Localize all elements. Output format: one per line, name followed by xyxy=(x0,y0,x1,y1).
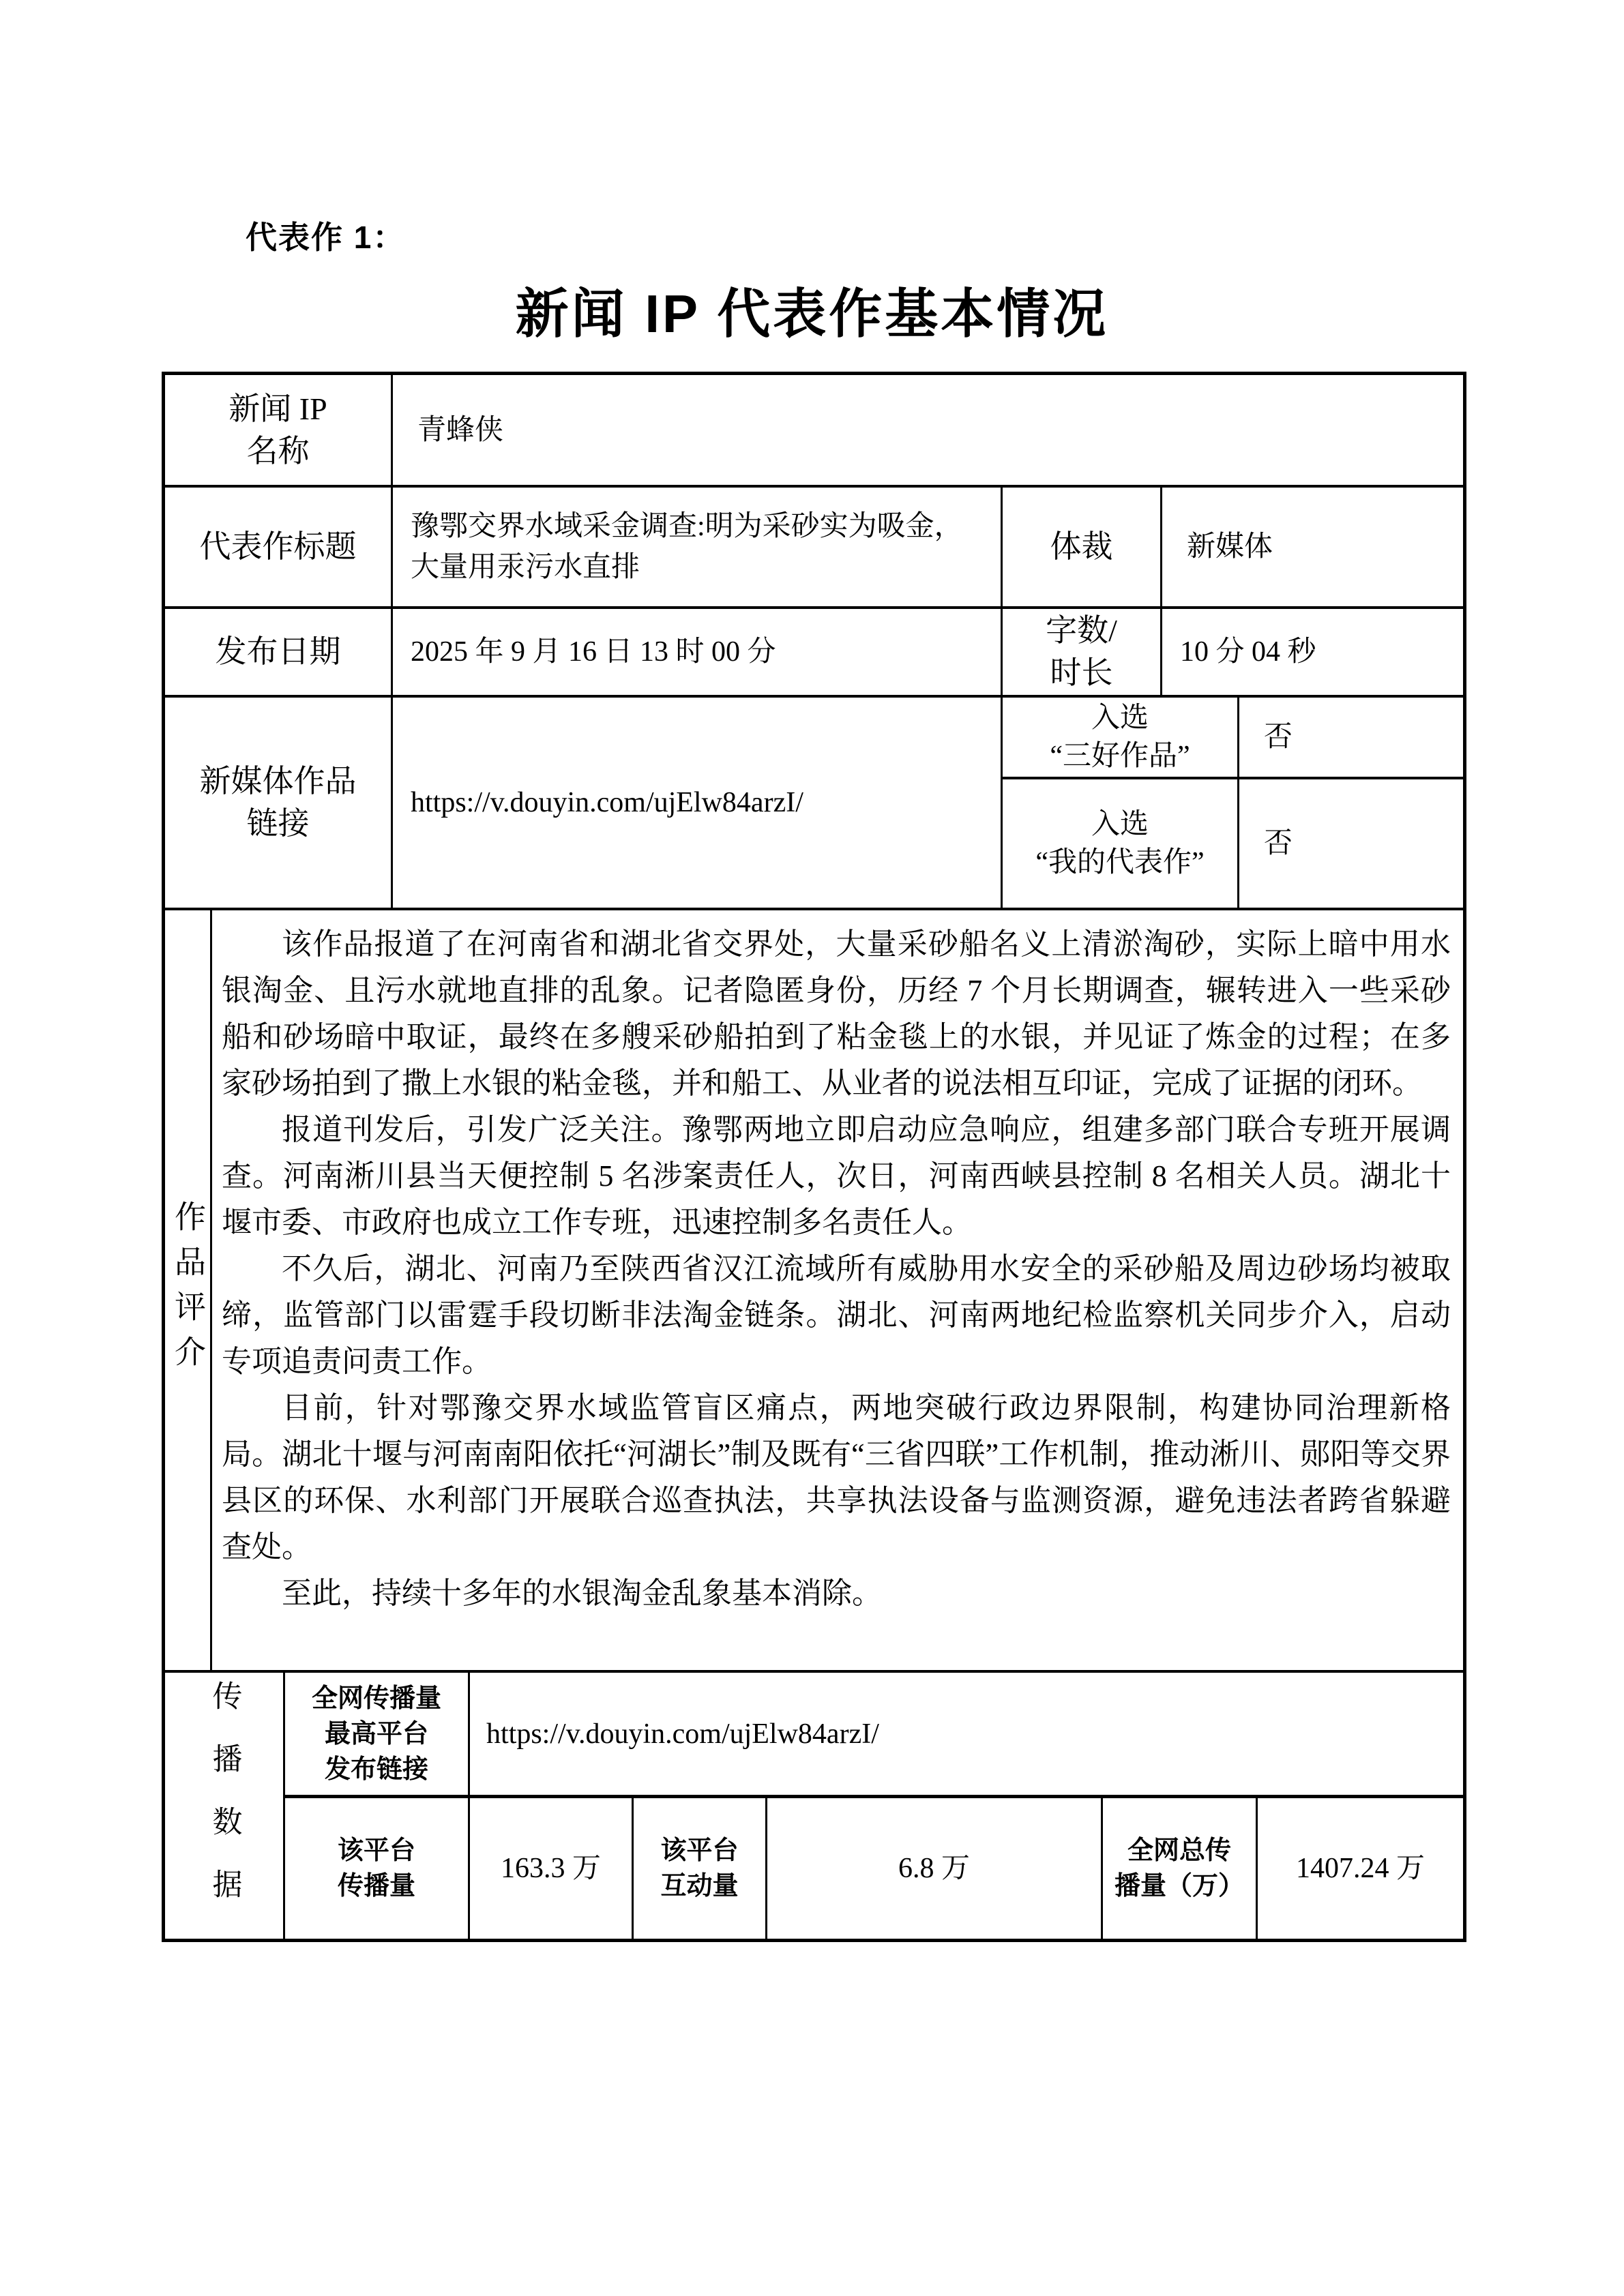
selection-masterpiece-row: 入选 “我的代表作” 否 xyxy=(1003,779,1463,908)
info-table: 新闻 IP 名称 青蜂侠 代表作标题 豫鄂交界水域采金调查:明为采砂实为吸金，大… xyxy=(162,372,1466,1942)
row-publish-date: 发布日期 2025 年 9 月 16 日 13 时 00 分 字数/ 时长 10… xyxy=(165,606,1463,695)
platform-interaction-value: 6.8 万 xyxy=(765,1798,1101,1939)
spread-block: 全网传播量 最高平台 发布链接 https://v.douyin.com/ujE… xyxy=(283,1673,1463,1939)
masterpiece-label: 入选 “我的代表作” xyxy=(1003,779,1237,908)
publish-date-label: 发布日期 xyxy=(165,609,391,695)
top-link-label: 全网传播量 最高平台 发布链接 xyxy=(285,1673,468,1795)
row-work-title: 代表作标题 豫鄂交界水域采金调查:明为采砂实为吸金，大量用汞污水直排 体裁 新媒… xyxy=(165,485,1463,606)
sanhao-value: 否 xyxy=(1237,698,1463,777)
ip-name-value: 青蜂侠 xyxy=(391,375,1463,485)
genre-label: 体裁 xyxy=(1001,488,1160,606)
document-page: 代表作 1： 新闻 IP 代表作基本情况 新闻 IP 名称 青蜂侠 代表作标题 … xyxy=(0,0,1624,2296)
spread-label: 传播数据 xyxy=(165,1673,283,1939)
publish-date-value: 2025 年 9 月 16 日 13 时 00 分 xyxy=(391,609,1001,695)
length-label: 字数/ 时长 xyxy=(1001,609,1160,695)
review-paragraph: 报道刊发后，引发广泛关注。豫鄂两地立即启动应急响应，组建多部门联合专班开展调查。… xyxy=(222,1107,1451,1246)
platform-spread-value: 163.3 万 xyxy=(468,1798,632,1939)
review-label: 作品评介 xyxy=(165,910,210,1670)
media-link-value: https://v.douyin.com/ujElw84arzI/ xyxy=(391,698,1001,908)
review-paragraph: 至此，持续十多年的水银淘金乱象基本消除。 xyxy=(222,1570,1451,1617)
media-link-label: 新媒体作品 链接 xyxy=(165,698,391,908)
doc-sequence-label: 代表作 1： xyxy=(246,213,405,258)
work-title-value: 豫鄂交界水域采金调查:明为采砂实为吸金，大量用汞污水直排 xyxy=(391,488,1001,606)
selection-block: 入选 “三好作品” 否 入选 “我的代表作” 否 xyxy=(1001,698,1463,908)
review-paragraph: 目前，针对鄂豫交界水域监管盲区痛点，两地突破行政边界限制，构建协同治理新格局。湖… xyxy=(222,1385,1451,1570)
masterpiece-value: 否 xyxy=(1237,779,1463,908)
platform-spread-label: 该平台 传播量 xyxy=(285,1798,468,1939)
sanhao-label: 入选 “三好作品” xyxy=(1003,698,1237,777)
review-paragraph: 不久后，湖北、河南乃至陕西省汉江流域所有威胁用水安全的采砂船及周边砂场均被取缔，… xyxy=(222,1246,1451,1385)
selection-sanhao-row: 入选 “三好作品” 否 xyxy=(1003,698,1463,779)
total-spread-value: 1407.24 万 xyxy=(1256,1798,1463,1939)
row-review: 作品评介 该作品报道了在河南省和湖北省交界处，大量采砂船名义上清淤淘砂，实际上暗… xyxy=(165,908,1463,1670)
genre-value: 新媒体 xyxy=(1160,488,1463,606)
spread-top-link-row: 全网传播量 最高平台 发布链接 https://v.douyin.com/ujE… xyxy=(285,1673,1463,1798)
total-spread-label: 全网总传 播量（万） xyxy=(1101,1798,1256,1939)
review-body: 该作品报道了在河南省和湖北省交界处，大量采砂船名义上清淤淘砂，实际上暗中用水银淘… xyxy=(210,910,1463,1670)
work-title-label: 代表作标题 xyxy=(165,488,391,606)
platform-interaction-label: 该平台 互动量 xyxy=(632,1798,765,1939)
page-title: 新闻 IP 代表作基本情况 xyxy=(0,271,1624,348)
row-ip-name: 新闻 IP 名称 青蜂侠 xyxy=(165,375,1463,485)
row-spread-data: 传播数据 全网传播量 最高平台 发布链接 https://v.douyin.co… xyxy=(165,1670,1463,1939)
ip-name-label: 新闻 IP 名称 xyxy=(165,375,391,485)
length-value: 10 分 04 秒 xyxy=(1160,609,1463,695)
top-link-value: https://v.douyin.com/ujElw84arzI/ xyxy=(468,1673,1463,1795)
spread-metrics-row: 该平台 传播量 163.3 万 该平台 互动量 6.8 万 全网总传 播量（万）… xyxy=(285,1798,1463,1939)
review-paragraph: 该作品报道了在河南省和湖北省交界处，大量采砂船名义上清淤淘砂，实际上暗中用水银淘… xyxy=(222,921,1451,1107)
row-media-link: 新媒体作品 链接 https://v.douyin.com/ujElw84arz… xyxy=(165,695,1463,908)
